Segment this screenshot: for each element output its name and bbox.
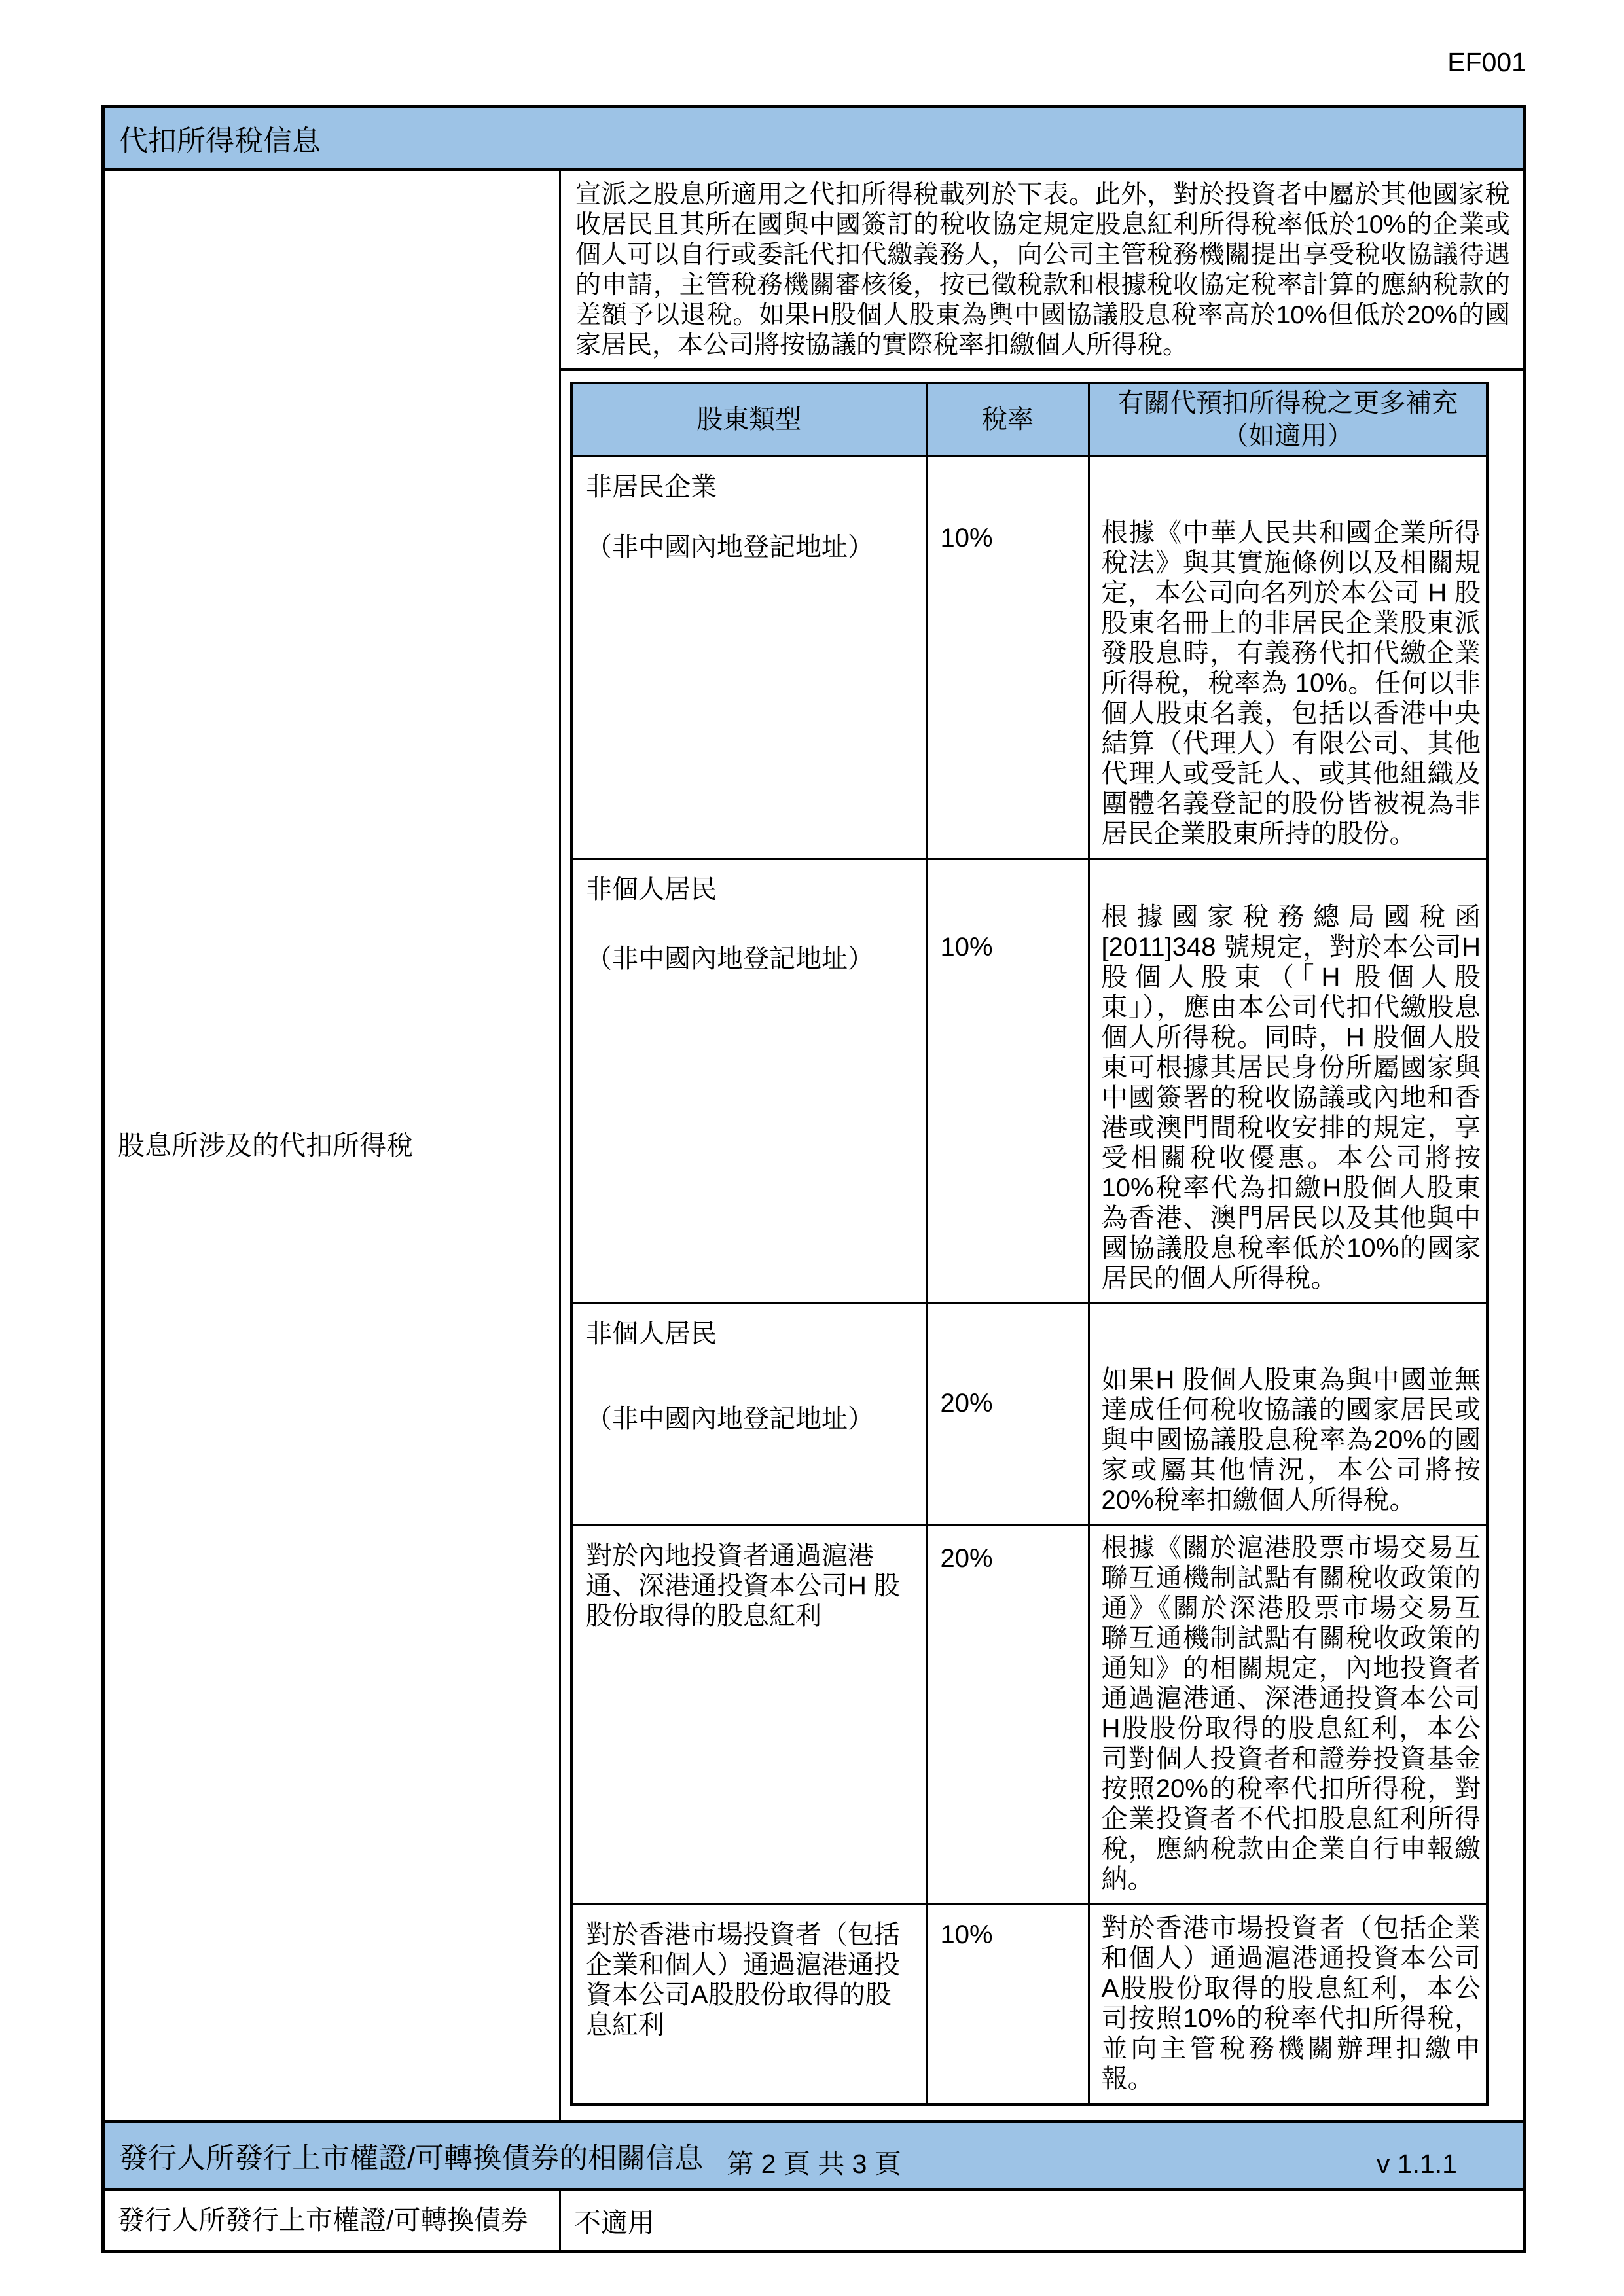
cell-shareholder-type: 非個人居民 （非中國內地登記地址） xyxy=(571,1304,926,1526)
table-header-row: 股東類型 稅率 有關代預扣所得稅之更多補充 （如適用） xyxy=(571,383,1487,456)
type-line-2: （非中國內地登記地址） xyxy=(586,1404,918,1434)
cell-shareholder-type: 非個人居民 （非中國內地登記地址） xyxy=(571,859,926,1304)
row-label-warrants: 發行人所發行上市權證/可轉換債券 xyxy=(105,2191,561,2250)
disclosure-table: 代扣所得稅信息 股息所涉及的代扣所得稅 宣派之股息所適用之代扣所得稅載列於下表。… xyxy=(101,105,1526,2253)
cell-shareholder-type: 對於香港市場投資者（包括企業和個人）通過滬港通投資本公司A股股份取得的股息紅利 xyxy=(571,1905,926,2105)
type-line-1: 對於香港市場投資者（包括企業和個人）通過滬港通投資本公司A股股份取得的股息紅利 xyxy=(586,1920,918,2040)
col-header-supplement: 有關代預扣所得稅之更多補充 （如適用） xyxy=(1089,383,1487,456)
shareholder-table-wrap: 股東類型 稅率 有關代預扣所得稅之更多補充 （如適用） 非居民企業 （非中國內地… xyxy=(561,371,1523,2120)
type-line-1: 非居民企業 xyxy=(586,472,918,502)
page-number: 第 2 頁 共 3 頁 xyxy=(101,2148,1526,2179)
cell-shareholder-type: 非居民企業 （非中國內地登記地址） xyxy=(571,456,926,859)
type-line-1: 非個人居民 xyxy=(586,1319,918,1349)
warrants-row: 發行人所發行上市權證/可轉換債券 不適用 xyxy=(105,2191,1523,2250)
cell-supplement: 根據《關於滬港股票市場交易互聯互通機制試點有關稅收政策的通》《關於深港股票市場交… xyxy=(1089,1526,1487,1905)
type-line-1: 對於內地投資者通過滬港通、深港通投資本公司H 股股份取得的股息紅利 xyxy=(586,1541,918,1631)
cell-supplement: 如果H 股個人股東為與中國並無達成任何稅收協議的國家居民或與中國協議股息稅率為2… xyxy=(1089,1304,1487,1526)
withholding-tax-row: 股息所涉及的代扣所得稅 宣派之股息所適用之代扣所得稅載列於下表。此外，對於投資者… xyxy=(105,171,1523,2123)
type-line-1: 非個人居民 xyxy=(586,874,918,905)
section-header-withholding-tax: 代扣所得稅信息 xyxy=(105,108,1523,171)
version-label: v 1.1.1 xyxy=(1377,2148,1457,2179)
withholding-intro-paragraph: 宣派之股息所適用之代扣所得稅載列於下表。此外，對於投資者中屬於其他國家稅收居民且… xyxy=(561,171,1523,371)
table-row: 對於香港市場投資者（包括企業和個人）通過滬港通投資本公司A股股份取得的股息紅利 … xyxy=(571,1905,1487,2105)
row-label-text: 股息所涉及的代扣所得稅 xyxy=(118,1130,413,1161)
cell-supplement: 對於香港市場投資者（包括企業和個人）通過滬港通投資本公司A股股份取得的股息紅利，… xyxy=(1089,1905,1487,2105)
type-line-2: （非中國內地登記地址） xyxy=(586,944,918,974)
table-row: 非個人居民 （非中國內地登記地址） 10% 根據國家稅務總局國稅函[2011]3… xyxy=(571,859,1487,1304)
cell-tax-rate: 20% xyxy=(926,1304,1089,1526)
cell-tax-rate: 20% xyxy=(926,1526,1089,1905)
withholding-details-cell: 宣派之股息所適用之代扣所得稅載列於下表。此外，對於投資者中屬於其他國家稅收居民且… xyxy=(561,171,1523,2120)
warrants-value-cell: 不適用 xyxy=(561,2191,1523,2250)
shareholder-tax-table: 股東類型 稅率 有關代預扣所得稅之更多補充 （如適用） 非居民企業 （非中國內地… xyxy=(570,382,1489,2106)
section-title: 代扣所得稅信息 xyxy=(119,117,321,159)
page-footer: 第 2 頁 共 3 頁 v 1.1.1 xyxy=(101,2148,1526,2187)
row-label-text: 發行人所發行上市權證/可轉換債券 xyxy=(118,2204,528,2236)
cell-tax-rate: 10% xyxy=(926,1905,1089,2105)
cell-shareholder-type: 對於內地投資者通過滬港通、深港通投資本公司H 股股份取得的股息紅利 xyxy=(571,1526,926,1905)
cell-supplement: 根據國家稅務總局國稅函[2011]348 號規定，對於本公司H股個人股東（「H … xyxy=(1089,859,1487,1304)
type-line-2: （非中國內地登記地址） xyxy=(586,532,918,562)
row-label-dividend-withholding: 股息所涉及的代扣所得稅 xyxy=(105,171,561,2120)
table-row: 對於內地投資者通過滬港通、深港通投資本公司H 股股份取得的股息紅利 20% 根據… xyxy=(571,1526,1487,1905)
table-row: 非居民企業 （非中國內地登記地址） 10% 根據《中華人民共和國企業所得稅法》與… xyxy=(571,456,1487,859)
cell-tax-rate: 10% xyxy=(926,456,1089,859)
table-row: 非個人居民 （非中國內地登記地址） 20% 如果H 股個人股東為與中國並無達成任… xyxy=(571,1304,1487,1526)
cell-supplement: 根據《中華人民共和國企業所得稅法》與其實施條例以及相關規定，本公司向名列於本公司… xyxy=(1089,456,1487,859)
col-header-shareholder-type: 股東類型 xyxy=(571,383,926,456)
cell-tax-rate: 10% xyxy=(926,859,1089,1304)
form-code: EF001 xyxy=(101,47,1526,77)
col-header-tax-rate: 稅率 xyxy=(926,383,1089,456)
